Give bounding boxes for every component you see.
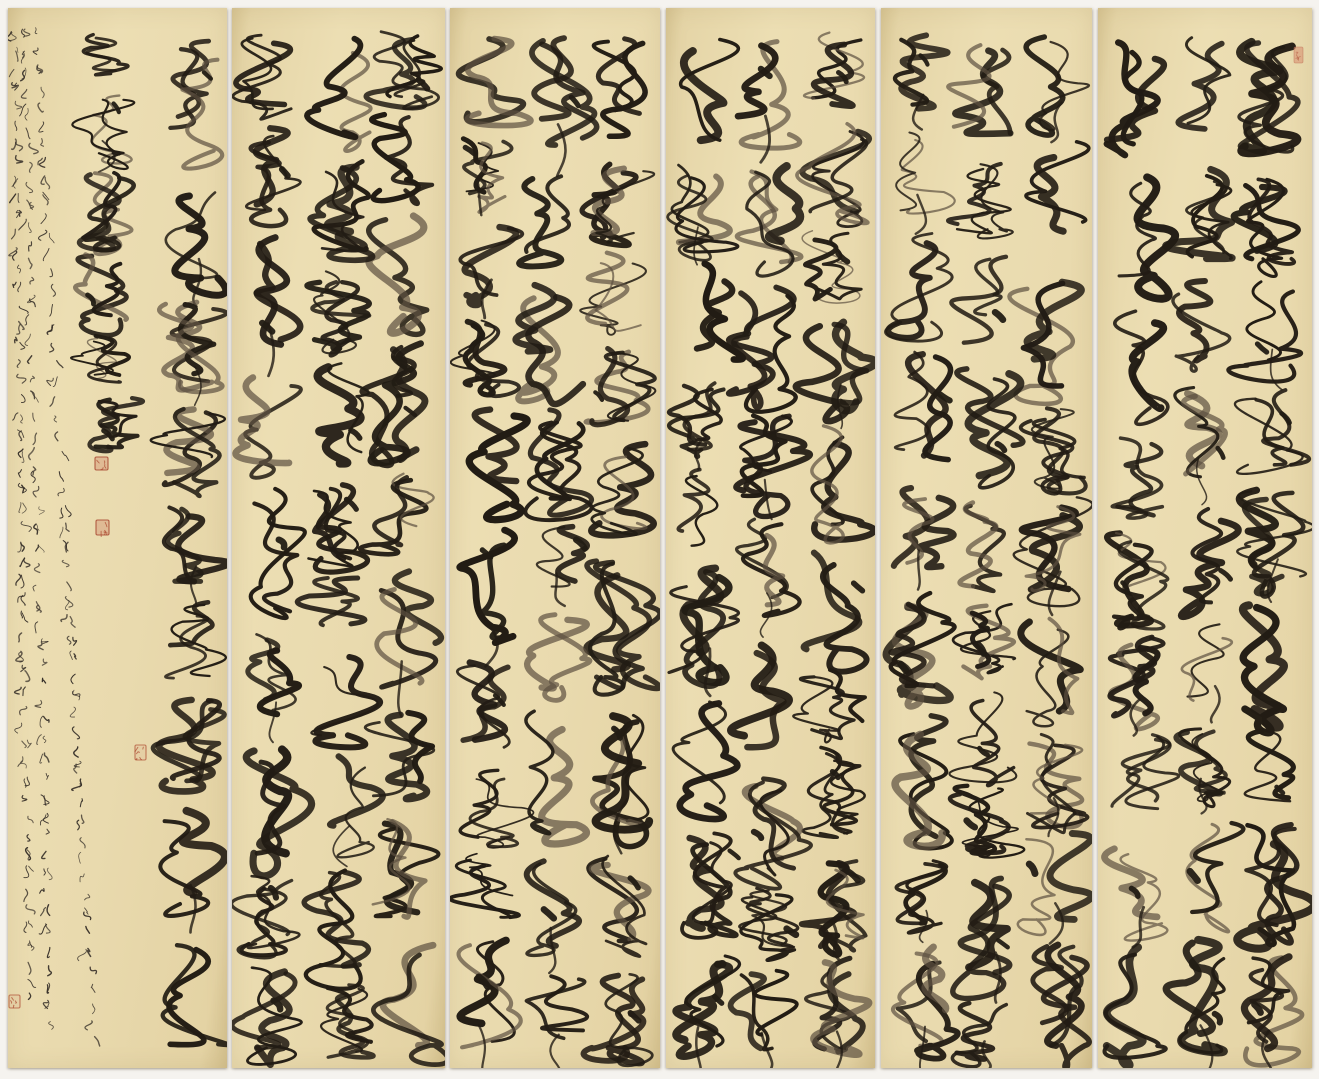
- calligraphy-panel-5: [232, 8, 445, 1068]
- calligraphy-panel-1: [1098, 8, 1312, 1068]
- panel-ink-svg: [450, 8, 660, 1068]
- calligraphy-panel-4: [450, 8, 660, 1068]
- colophon-column: [8, 32, 36, 1000]
- large-cursive-column: [71, 35, 143, 452]
- large-cursive-column: [886, 35, 958, 1068]
- large-cursive-column: [580, 39, 660, 1066]
- calligraphy-panel-2: [881, 8, 1092, 1068]
- large-cursive-column: [151, 41, 227, 1045]
- red-seal: [96, 520, 109, 537]
- panel-ink-svg: [881, 8, 1092, 1068]
- large-cursive-column: [668, 40, 743, 1069]
- colophon-column: [19, 29, 54, 1029]
- panel-ink-svg: [232, 8, 445, 1068]
- panel-ink-svg: [1098, 8, 1312, 1068]
- large-cursive-column: [948, 45, 1024, 1068]
- large-cursive-column: [1166, 38, 1244, 1068]
- calligraphy-artwork: [0, 0, 1319, 1079]
- panel-ink-svg: [8, 8, 227, 1068]
- calligraphy-panel-6: [8, 8, 227, 1068]
- large-cursive-column: [1105, 43, 1179, 1066]
- large-cursive-column: [1009, 37, 1092, 1068]
- red-seal: [95, 457, 108, 470]
- large-cursive-column: [360, 32, 445, 1065]
- red-seal: [135, 745, 146, 760]
- large-cursive-column: [793, 33, 875, 1068]
- large-cursive-column: [1228, 42, 1312, 1068]
- large-cursive-column: [516, 38, 597, 1068]
- panel-row: [0, 0, 1319, 1079]
- panel-ink-svg: [666, 8, 875, 1068]
- red-seal: [9, 995, 20, 1008]
- large-cursive-column: [232, 35, 312, 1064]
- red-seal: [1294, 47, 1303, 63]
- calligraphy-panel-3: [666, 8, 875, 1068]
- large-cursive-column: [729, 42, 811, 1068]
- large-cursive-column: [297, 39, 383, 1058]
- large-cursive-column: [450, 39, 533, 1068]
